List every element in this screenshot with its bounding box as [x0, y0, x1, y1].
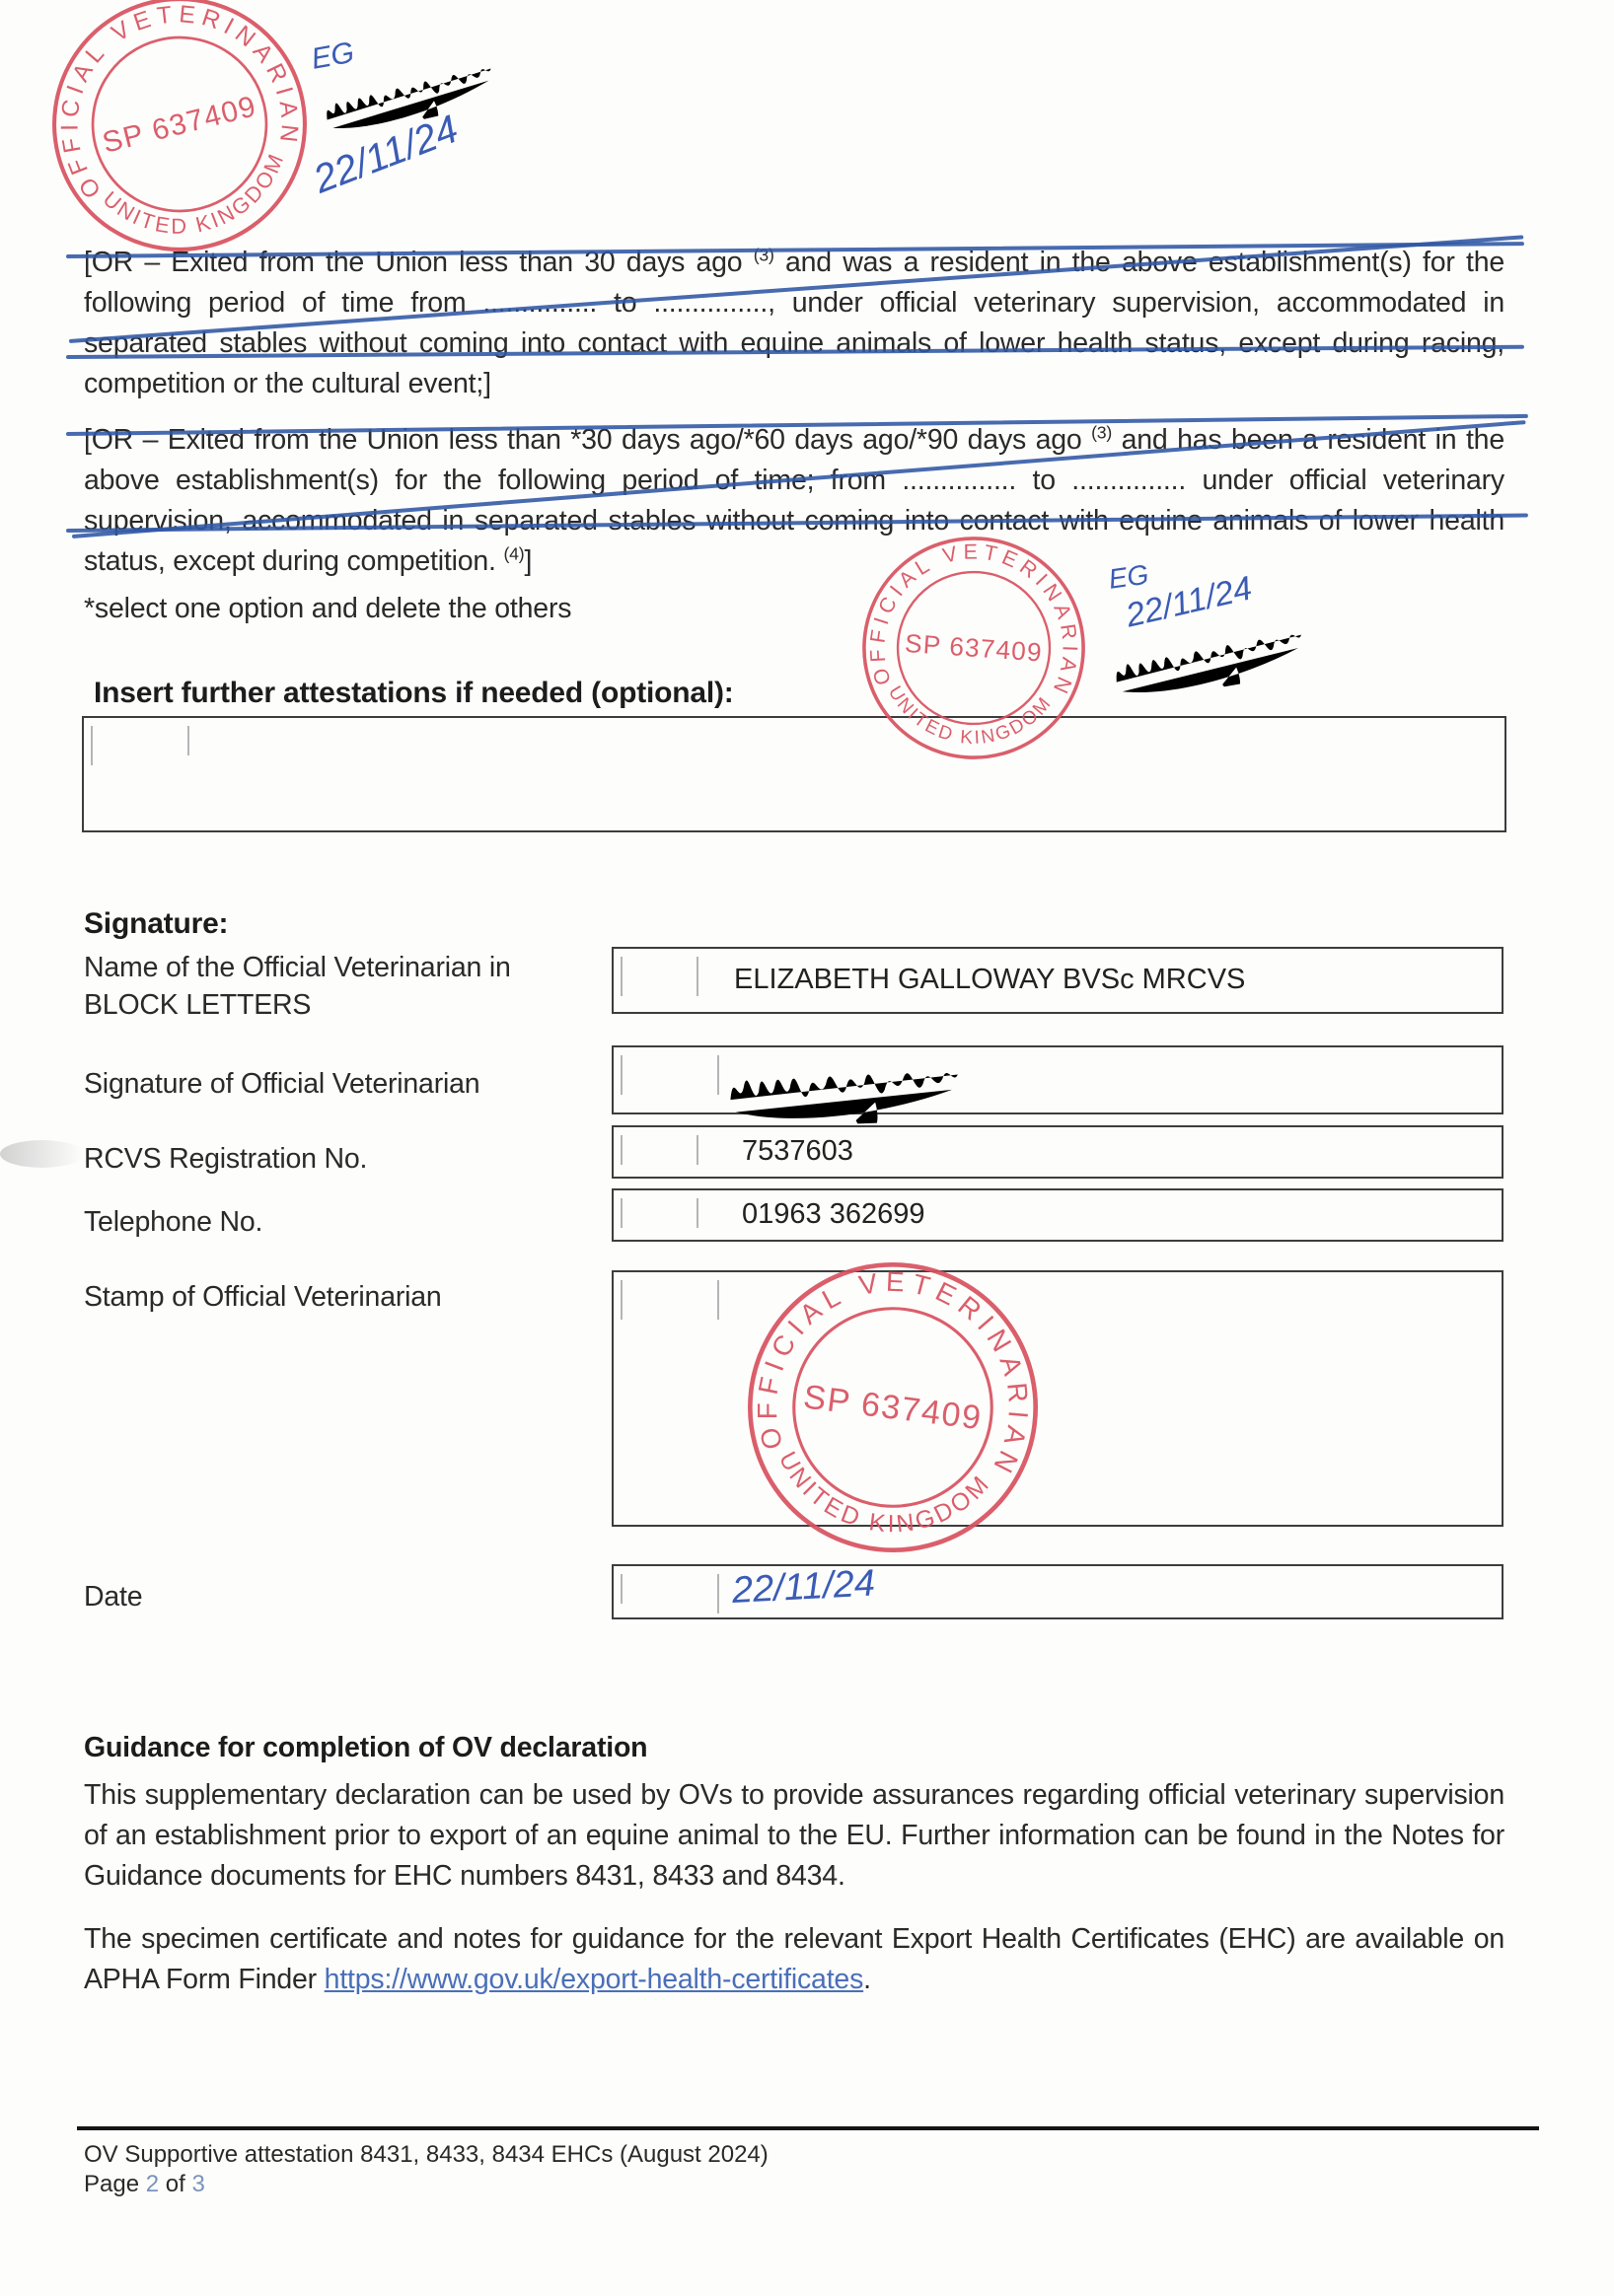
svg-text:OFFICIAL VETERINARIAN: OFFICIAL VETERINARIAN [862, 533, 1089, 702]
field-label-date: Date [84, 1578, 142, 1615]
handwritten-initials: EG [1107, 559, 1151, 596]
scanned-document-page: OFFICIAL VETERINARIAN UNITED KINGDOM SP … [0, 0, 1614, 2296]
field-label-signature: Signature of Official Veterinarian [84, 1065, 479, 1103]
field-corner-tick [621, 1055, 623, 1095]
signature-heading: Signature: [84, 907, 228, 941]
stamp-number: SP 637409 [100, 90, 260, 160]
option-paragraph-2: [OR – Exited from the Union less than *3… [84, 420, 1504, 582]
field-box-telephone: 01963 362699 [612, 1188, 1504, 1242]
field-corner-tick [697, 1198, 698, 1228]
footer-page-indicator: Page 2 of 3 [84, 2170, 205, 2199]
field-corner-tick [91, 726, 93, 765]
guidance-paragraph-1: This supplementary declaration can be us… [84, 1775, 1504, 1897]
field-box-name: ELIZABETH GALLOWAY BVSc MRCVS [612, 947, 1504, 1014]
field-corner-tick [621, 1198, 623, 1228]
field-value-rcvs: 7537603 [742, 1127, 853, 1176]
attestations-heading: Insert further attestations if needed (o… [94, 677, 734, 710]
field-corner-tick [621, 1135, 623, 1165]
field-corner-tick [621, 1280, 623, 1320]
field-label-stamp: Stamp of Official Veterinarian [84, 1278, 442, 1316]
handwritten-date-field: 22/11/24 [731, 1562, 876, 1613]
footer-page-number: 2 [146, 2171, 159, 2197]
signature-scribble [724, 1041, 964, 1128]
stamp-bottom-text: UNITED KINGDOM [766, 1445, 998, 1550]
stamp-number: SP 637409 [801, 1378, 984, 1437]
field-value-name: ELIZABETH GALLOWAY BVSc MRCVS [734, 949, 1245, 1011]
field-corner-tick [717, 1574, 719, 1614]
field-value-telephone: 01963 362699 [742, 1190, 924, 1239]
select-option-note: *select one option and delete the others [84, 590, 571, 627]
svg-text:UNITED KINGDOM: UNITED KINGDOM [95, 143, 302, 258]
stamp-top-text: OFFICIAL VETERINARIAN [862, 533, 1089, 702]
footer-divider [77, 2126, 1539, 2130]
field-corner-tick [621, 957, 623, 996]
scan-artifact [0, 1140, 84, 1168]
field-corner-tick [717, 1280, 719, 1320]
official-veterinarian-stamp-signature-box: OFFICIAL VETERINARIAN UNITED KINGDOM SP … [722, 1237, 1063, 1577]
attestations-box [82, 716, 1506, 832]
field-corner-tick [187, 726, 189, 755]
field-corner-tick [697, 957, 698, 996]
guidance-paragraph-2: The specimen certificate and notes for g… [84, 1919, 1504, 2000]
footer-page-total: 3 [191, 2171, 204, 2197]
svg-text:OFFICIAL VETERINARIAN: OFFICIAL VETERINARIAN [745, 1250, 1050, 1485]
stamp-number: SP 637409 [904, 628, 1044, 668]
footer-doc-title: OV Supportive attestation 8431, 8433, 84… [84, 2140, 769, 2170]
footnote-ref-4: (4) [503, 544, 524, 564]
field-label-telephone: Telephone No. [84, 1203, 262, 1241]
footnote-ref-3: (3) [1091, 423, 1112, 443]
guidance-heading: Guidance for completion of OV declaratio… [84, 1732, 647, 1764]
stamp-bottom-text: UNITED KINGDOM [95, 143, 302, 258]
field-corner-tick [717, 1055, 719, 1095]
field-box-rcvs: 7537603 [612, 1125, 1504, 1179]
svg-text:UNITED KINGDOM: UNITED KINGDOM [766, 1445, 998, 1550]
option-paragraph-1: [OR – Exited from the Union less than 30… [84, 243, 1504, 404]
official-veterinarian-stamp-middle: OFFICIAL VETERINARIAN UNITED KINGDOM SP … [848, 523, 1099, 773]
field-label-rcvs: RCVS Registration No. [84, 1140, 367, 1178]
handwritten-initials: EG [309, 36, 357, 77]
field-corner-tick [697, 1135, 698, 1165]
export-health-certificates-link[interactable]: https://www.gov.uk/export-health-certifi… [325, 1964, 863, 1995]
field-label-name: Name of the Official Veterinarian in BLO… [84, 949, 528, 1024]
stamp-top-text: OFFICIAL VETERINARIAN [745, 1250, 1050, 1485]
field-corner-tick [621, 1574, 623, 1604]
